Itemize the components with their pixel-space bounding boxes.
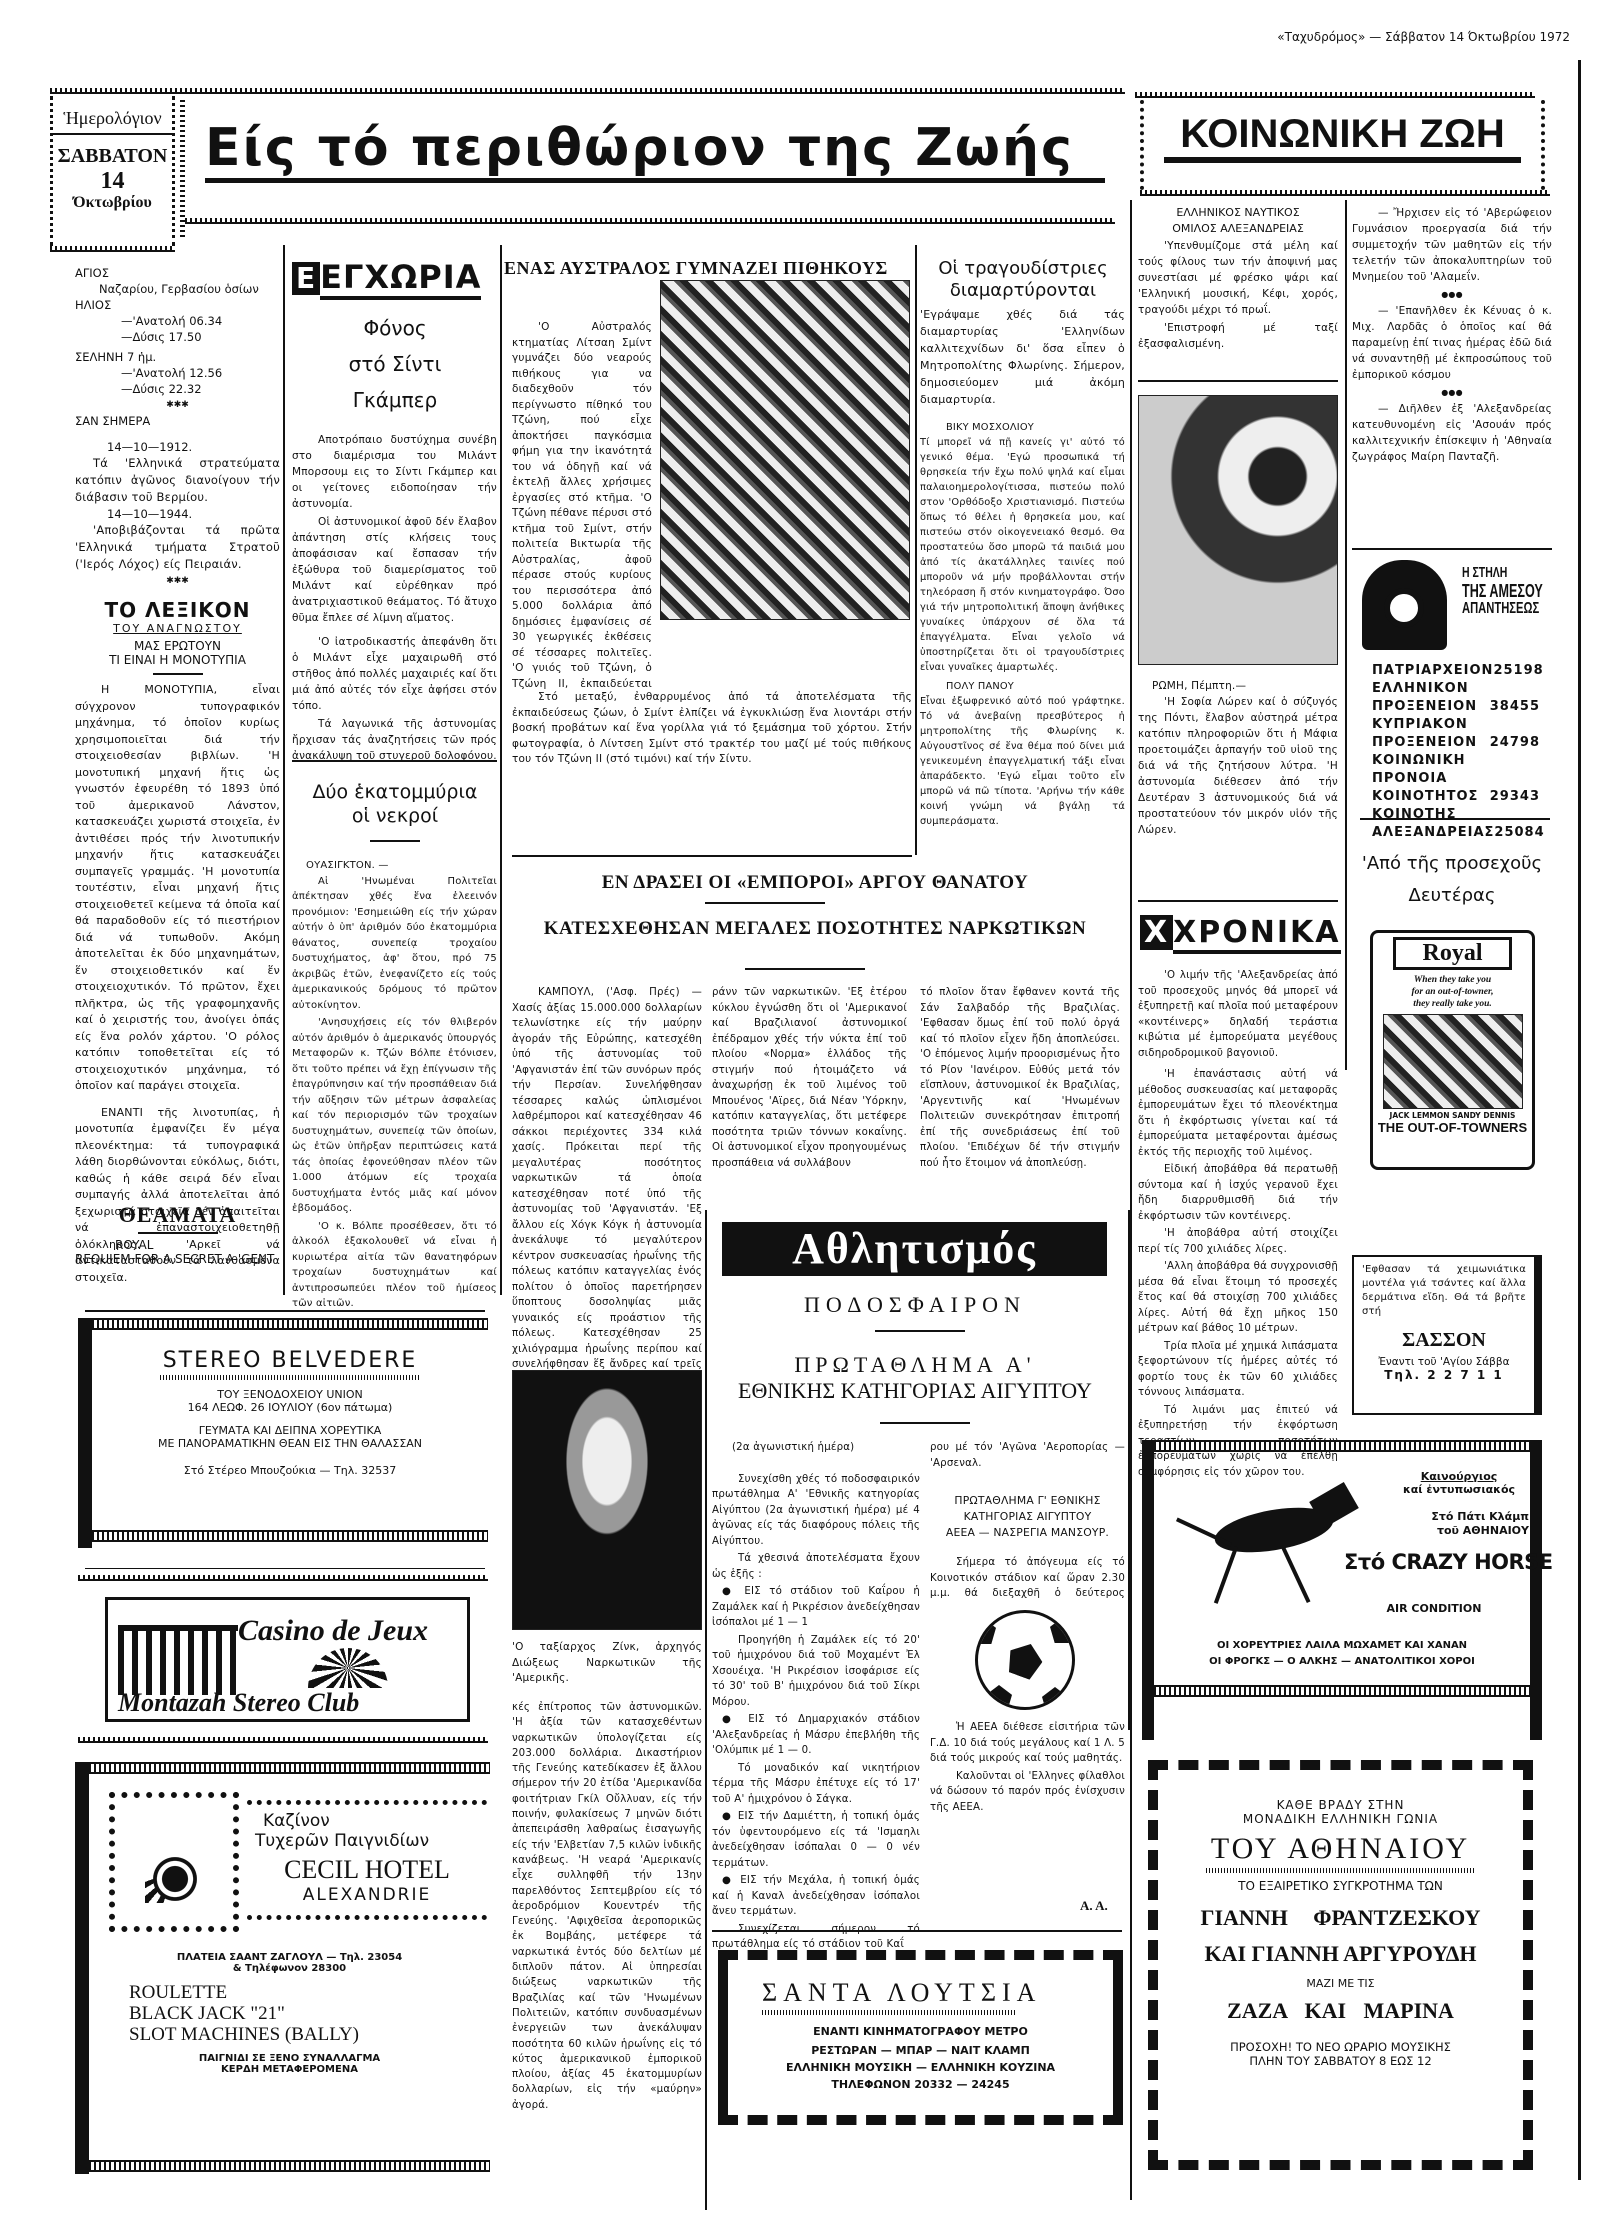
egxoria-logo: ΕΕΓΧΩΡΙΑ [292,258,481,296]
apes-body-col1: 'Ο Αὐστραλός κτηματίας Λίτσαη Σμίντ γυμν… [512,320,652,692]
phone-entry: ΠΑΤΡΙΑΡΧΕΙΟΝ25198 [1372,662,1540,680]
chronika-body: 'Ο λιμήν τῆς 'Αλεξανδρείας ἀπό τοῦ προσε… [1138,968,1338,1482]
social-club: ΕΛΛΗΝΙΚΟΣ ΝΑΥΤΙΚΟΣ ΟΜΙΛΟΣ ΑΛΕΞΑΝΔΡΕΙΑΣ [1138,205,1338,237]
singers-headline: Οἱ τραγουδίστριες διαμαρτύρονται [918,258,1128,302]
phone-entry: ΚΟΙΝΟΤΗΤΟΣ29343 [1372,788,1540,806]
running-head: «Ταχυδρόμος» — Σάββατον 14 Όκτωβρίου 197… [1130,30,1570,44]
phone-entry: ΕΛΛΗΝΙΚΟΝ [1372,680,1540,698]
calendar-box: Ἡμερολόγιον ΣΑΒΒΑΤΟΝ 14 Όκτωβρίου [50,96,175,246]
fan-icon [308,1648,388,1688]
football-icon [975,1610,1075,1710]
calendar-date: 14 [53,168,172,194]
narcotics-col1: ΚΑΜΠΟΥΛ, ('Ασφ. Πρές) — Χασίς ἀξίας 15.0… [512,985,702,1406]
phone-entry: ΚΥΠΡΙΑΚΟΝ [1372,716,1540,734]
loren-photo [1138,395,1338,665]
phones-title: Η ΣΤΗΛΗ ΤΗΣ ΑΜΕΣΟΥ ΑΠΑΝΤΗΣΕΩΣ [1462,565,1543,617]
sports-category: ΠΟΔΟΣΦΑΙΡΟΝ [710,1292,1120,1318]
section-banner-main: Είς τό περιθώριον της Ζωής [205,118,1105,183]
sports-headline: ΠΡΩΤΑΘΛΗΜΑ Α' ΕΘΝΙΚΗΣ ΚΑΤΗΓΟΡΙΑΣ ΑΙΓΥΠΤΟ… [710,1352,1120,1404]
calendar-day: ΣΑΒΒΑΤΟΝ [53,145,172,168]
phone-icon [1362,560,1447,650]
apes-photo [660,280,910,620]
egxoria-story2-body: ΟΥΑΣΙΓΚΤΟΝ. — Αἱ 'Ηνωμέναι Πολιτεῖαι ἀπέ… [292,858,497,1314]
lotus-icon [109,1792,239,1932]
santa-lucia-ad: ΣΑΝΤΑ ΛΟΥΤΣΙΑ ΕΝΑΝΤΙ ΚΙΝΗΜΑΤΟΓΡΑΦΟΥ ΜΕΤΡ… [718,1950,1123,2125]
sports-col1: (2α ἀγωνιστική ἡμέρα) Συνεχίσθη χθές τό … [712,1440,920,1955]
calendar-month: Όκτωβρίου [53,194,172,212]
apes-headline: ΕΝΑΣ ΑΥΣΤΡΑΛΟΣ ΓΥΜΝΑΖΕΙ ΠΙΘΗΚΟΥΣ [504,258,914,279]
narcotics-continuation: κές ἐπίτροπος τῶν ἀστυνομικῶν. 'Η ἀξία τ… [512,1700,702,2115]
apes-body-wide: Στό μεταξύ, ἐνθαρρυμένος ἀπό τά ἀποτελέσ… [512,690,912,770]
calendar-details: ΑΓΙΟΣ Ναζαρίου, Γερβασίου ὁσίων ΗΛΙΟΣ —'… [75,265,280,589]
singers-body: ΒΙΚΥ ΜΟΣΧΟΛΙΟΥ Τί μπορεῖ νά πῇ κανείς γι… [920,420,1125,831]
narcotics-headline2: ΚΑΤΕΣΧΕΘΗΣΑΝ ΜΕΓΑΛΕΣ ΠΟΣΟΤΗΤΕΣ ΝΑΡΚΩΤΙΚΩ… [505,918,1125,940]
egxoria-story1-title: Φόνος στό Σίντι Γκάμπερ [290,310,500,418]
phone-entry: ΠΡΟΞΕΝΕΙΟΝ38455 [1372,698,1540,716]
narcotics-col2: ράνν τῶν ναρκωτικῶν. 'Εξ ἐτέρου κύκλου ἐ… [712,985,907,1173]
athinaiou-ad: ΚΑΘΕ ΒΡΑΔΥ ΣΤΗΝ ΜΟΝΑΔΙΚΗ ΕΛΛΗΝΙΚΗ ΓΩΝΙΑ … [1148,1760,1533,2170]
rome-story: ΡΩΜΗ, Πέμπτη.— 'Η Σοφία Λώρεν καί ὁ σύζυ… [1138,678,1338,840]
castle-icon [118,1625,238,1695]
chronika-logo: ΧΧΡΟΝΙΚΑ [1140,915,1341,950]
egxoria-story1-body: Αποτρόπαιο δυστύχημα συνέβη στο διαμέρισ… [292,432,497,766]
film-still [1383,1014,1523,1109]
calendar-title: Ἡμερολόγιον [53,108,172,135]
out-of-towners-ad: Royal When they take you for an out-of-t… [1370,930,1535,1170]
belvedere-ad: STEREO BELVEDERE ΤΟΥ ΞΕΝΟΔΟΧΕΙΟΥ UNION 1… [78,1318,488,1548]
singers-intro: 'Εγράψαμε χθές διά τάς διαμαρτυρίας 'Ελλ… [920,306,1125,410]
egxoria-story2-title: Δύο ἑκατομμύρια οἱ νεκροί [290,780,500,828]
next-monday: 'Από τῆς προσεχοῦς Δευτέρας [1352,848,1552,912]
casino-montazah-ad: Casino de Jeux Montazah Stereo Club [105,1597,470,1722]
sports-col2-cont: Ἡ ΑΕΕΑ διέθεσε εἰσιτήρια τῶν Γ.Δ. 10 διά… [930,1720,1125,1817]
phone-entry: ΚΟΙΝΩΝΙΚΗ ΠΡΟΝΟΙΑ [1372,752,1540,788]
sasson-ad: 'Εφθασαν τά χειμωνιάτικα μοντέλα γιά τσά… [1352,1255,1542,1415]
crazy-horse-ad: Καινούργιος καί ἐντυπωσιακός Στό Πάτι Κλ… [1142,1440,1542,1740]
social-items: — Ἤρχισεν εἰς τό 'Αβερώφειον Γυμνάσιον π… [1352,205,1552,467]
lexicon-body: Η ΜΟΝΟΤΥΠΙΑ, εἶναι σύγχρονον τυπογραφικό… [75,682,280,1288]
theamata: ΘΕΑΜΑΤΑ ROYAL REQUIEM FOR A SECRET A-'GE… [75,1202,280,1266]
phone-entry: ΑΛΕΞΑΝΔΡΕΙΑΣ25084 [1372,824,1540,842]
lexicon-header: ΤΟ ΛΕΞΙΚΟΝ ΤΟΥ ΑΝΑΓΝΩΣΤΟΥ ΜΑΣ ΕΡΩΤΟΥΝ ΤΙ… [75,598,280,681]
cecil-ad: Καζίνον Τυχερῶν Παιγνιδίων CECIL HOTEL A… [75,1762,490,2174]
narcotics-headline1: ΕΝ ΔΡΑΣΕΙ ΟΙ «ΕΜΠΟΡΟΙ» ΑΡΓΟΥ ΘΑΝΑΤΟΥ [505,872,1125,894]
sports-col2: ρου μέ τόν 'Αγῶνα 'Αεροπορίας — 'Αρσεναλ… [930,1440,1125,1605]
zink-caption: 'Ο ταξίαρχος Ζίνκ, ἀρχηγός Διώξεως Ναρκω… [512,1640,702,1689]
narcotics-col3: τό πλοῖον ὅταν ἔφθανεν κοντά τῆς Σάν Σαλ… [920,985,1120,1173]
phone-entry: ΠΡΟΞΕΝΕΙΟΝ24798 [1372,734,1540,752]
zink-photo [512,1370,702,1630]
phones-list: ΠΑΤΡΙΑΡΧΕΙΟΝ25198 ΕΛΛΗΝΙΚΟΝ ΠΡΟΞΕΝΕΙΟΝ38… [1372,662,1540,842]
sports-signature: Α. Α. [1080,1898,1108,1914]
phone-entry: ΚΟΙΝΟΤΗΣ [1372,806,1540,824]
social-club-body: 'Υπενθυμίζομε στά μέλη καί τούς φίλους τ… [1138,238,1338,354]
sports-logo: Αθλητισμός [722,1222,1107,1276]
section-banner-social: ΚΟΙΝΩΝΙΚΗ ΖΩΗ [1140,100,1545,190]
